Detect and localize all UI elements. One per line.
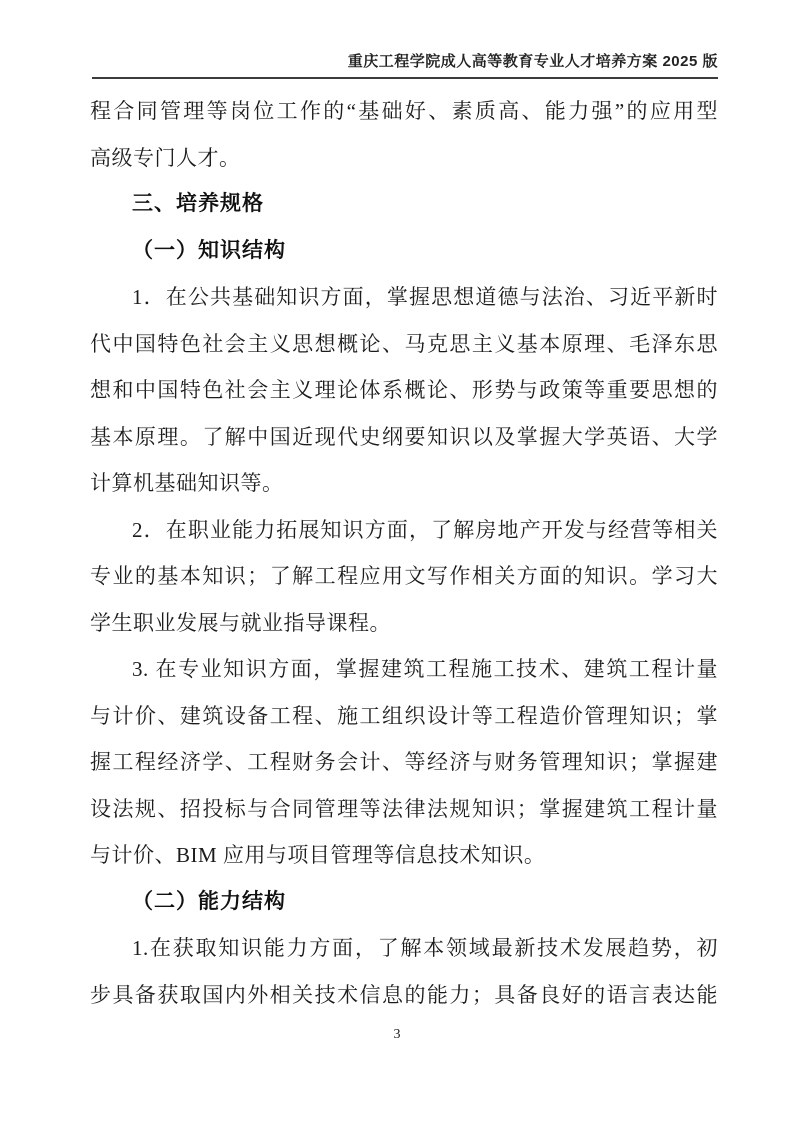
section-heading: （二）能力结构 [90,879,718,926]
text-line: 计算机基础知识等。 [90,460,718,507]
page-header: 重庆工程学院成人高等教育专业人才培养方案 2025 版 [92,50,718,79]
text-line: 握工程经济学、工程财务会计、等经济与财务管理知识；掌握建 [90,739,718,786]
text-line: 与计价、建筑设备工程、施工组织设计等工程造价管理知识；掌 [90,693,718,740]
text-line: 1．在公共基础知识方面，掌握思想道德与法治、习近平新时 [90,274,718,321]
document-page: 重庆工程学院成人高等教育专业人才培养方案 2025 版 程合同管理等岗位工作的“… [0,0,794,1122]
text-line: 3. 在专业知识方面，掌握建筑工程施工技术、建筑工程计量 [90,646,718,693]
text-line: 代中国特色社会主义思想概论、马克思主义基本原理、毛泽东思 [90,321,718,368]
section-heading: （一）知识结构 [90,228,718,275]
text-line: 基本原理。了解中国近现代史纲要知识以及掌握大学英语、大学 [90,414,718,461]
page-footer: 3 [0,1024,794,1046]
header-title: 重庆工程学院成人高等教育专业人才培养方案 2025 版 [348,53,718,70]
page-number: 3 [394,1027,401,1042]
document-body: 程合同管理等岗位工作的“基础好、素质高、能力强”的应用型高级专门人才。三、培养规… [90,88,718,1018]
text-line: 1.在获取知识能力方面，了解本领域最新技术发展趋势，初 [90,925,718,972]
text-line: 设法规、招投标与合同管理等法律法规知识；掌握建筑工程计量 [90,786,718,833]
text-line: 高级专门人才。 [90,135,718,182]
text-line: 学生职业发展与就业指导课程。 [90,600,718,647]
section-heading: 三、培养规格 [90,181,718,228]
text-line: 步具备获取国内外相关技术信息的能力；具备良好的语言表达能 [90,972,718,1019]
text-line: 与计价、BIM 应用与项目管理等信息技术知识。 [90,832,718,879]
text-line: 想和中国特色社会主义理论体系概论、形势与政策等重要思想的 [90,367,718,414]
text-line: 程合同管理等岗位工作的“基础好、素质高、能力强”的应用型 [90,88,718,135]
text-line: 2．在职业能力拓展知识方面，了解房地产开发与经营等相关 [90,507,718,554]
text-line: 专业的基本知识；了解工程应用文写作相关方面的知识。学习大 [90,553,718,600]
